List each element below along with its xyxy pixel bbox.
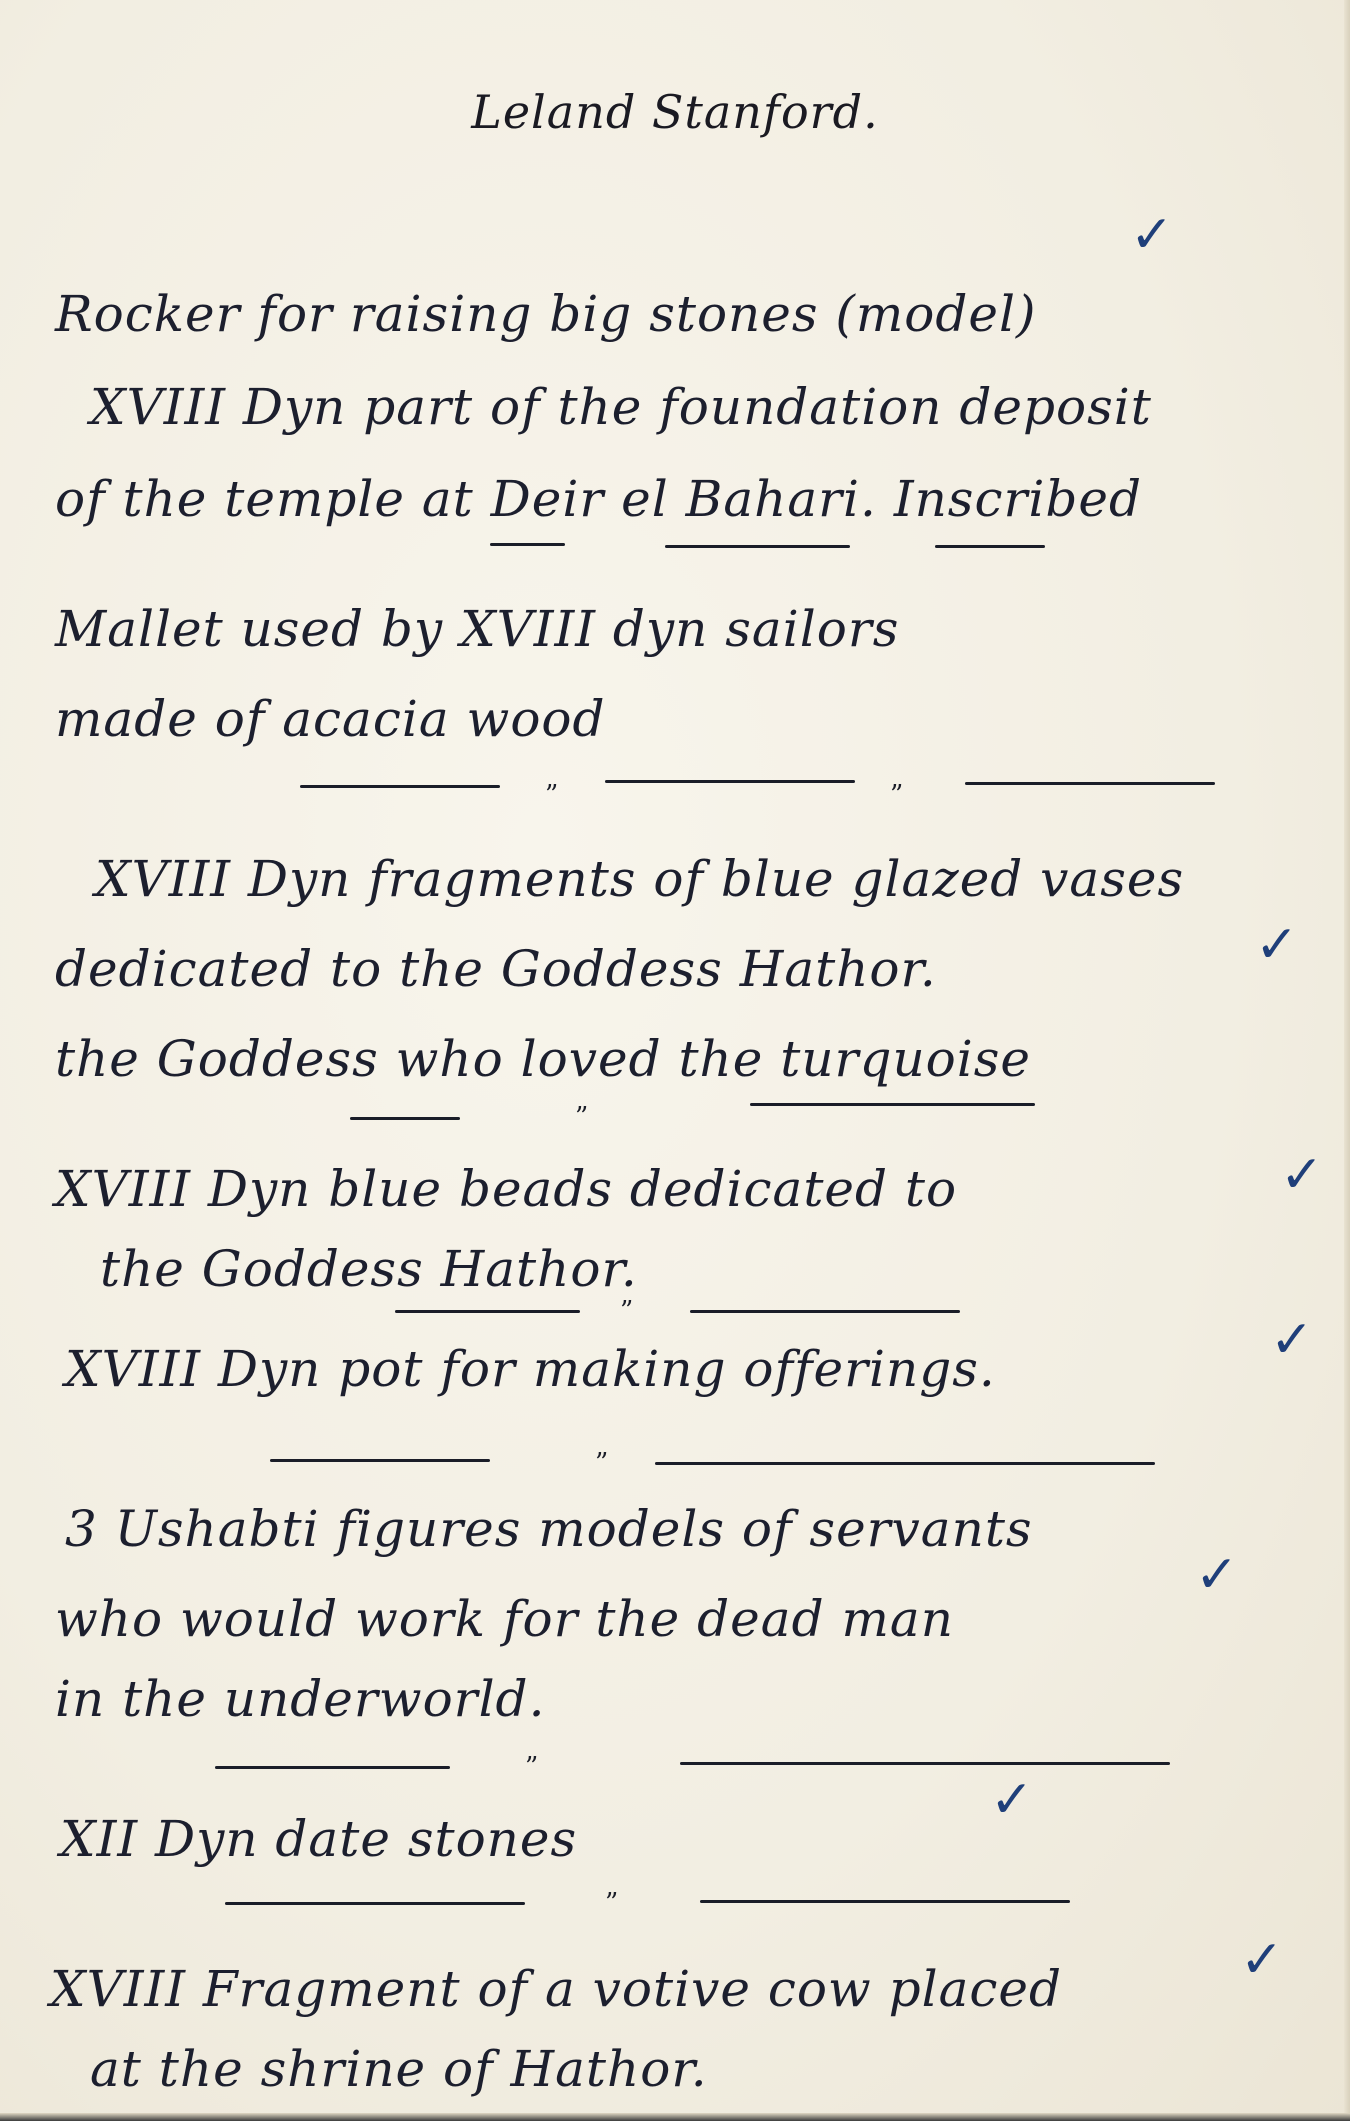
paper-edge-bottom xyxy=(0,2113,1350,2121)
separator-line xyxy=(490,543,565,546)
entry-2-line-1: Mallet used by XVIII dyn sailors xyxy=(55,600,1310,658)
separator-line xyxy=(700,1900,1070,1903)
ditto-mark: ” xyxy=(525,1752,538,1782)
check-mark-icon: ✓ xyxy=(1270,1310,1314,1370)
entry-3-line-1: XVIII Dyn fragments of blue glazed vases xyxy=(95,850,1310,908)
separator-line xyxy=(270,1459,490,1462)
entry-6-line-1: 3 Ushabti figures models of servants xyxy=(65,1500,1310,1558)
separator-line xyxy=(935,545,1045,548)
separator-line xyxy=(655,1462,1155,1465)
paper-edge-right xyxy=(1344,0,1350,2121)
separator-line xyxy=(605,780,855,783)
ditto-mark: ” xyxy=(545,780,558,810)
check-mark-icon: ✓ xyxy=(1240,1930,1284,1990)
separator-line xyxy=(225,1902,525,1905)
entry-8-line-1: XVIII Fragment of a votive cow placed xyxy=(50,1960,1310,2018)
entry-3-line-3: the Goddess who loved the turquoise xyxy=(55,1030,1310,1088)
ditto-mark: ” xyxy=(595,1448,608,1478)
entry-4-line-1: XVIII Dyn blue beads dedicated to xyxy=(55,1160,1310,1218)
entry-7-line-1: XII Dyn date stones xyxy=(60,1810,1310,1868)
entry-2-line-2: made of acacia wood xyxy=(55,690,1310,748)
entry-6-line-3: in the underworld. xyxy=(55,1670,1310,1728)
entry-8-line-2: at the shrine of Hathor. xyxy=(90,2040,1310,2098)
handwritten-page: Leland Stanford. Rocker for raising big … xyxy=(0,0,1350,2121)
entry-6-line-2: who would work for the dead man xyxy=(55,1590,1310,1648)
separator-line xyxy=(215,1766,450,1769)
ditto-mark: ” xyxy=(620,1296,633,1326)
entry-1-line-1: Rocker for raising big stones (model) xyxy=(55,285,1310,343)
entry-3-line-2: dedicated to the Goddess Hathor. xyxy=(55,940,1310,998)
separator-line xyxy=(680,1762,1170,1765)
check-mark-icon: ✓ xyxy=(1130,205,1174,265)
separator-line xyxy=(750,1103,1035,1106)
separator-line xyxy=(690,1310,960,1313)
entry-4-line-2: the Goddess Hathor. xyxy=(100,1240,1310,1298)
check-mark-icon: ✓ xyxy=(990,1770,1034,1830)
ditto-mark: ” xyxy=(575,1102,588,1132)
page-title: Leland Stanford. xyxy=(0,85,1350,139)
separator-line xyxy=(300,785,500,788)
check-mark-icon: ✓ xyxy=(1255,915,1299,975)
separator-line xyxy=(965,782,1215,785)
entry-5-line-1: XVIII Dyn pot for making offerings. xyxy=(65,1340,1310,1398)
ditto-mark: ” xyxy=(605,1888,618,1918)
entry-1-line-2: XVIII Dyn part of the foundation deposit xyxy=(90,378,1310,436)
ditto-mark: ” xyxy=(890,780,903,810)
separator-line xyxy=(665,545,850,548)
check-mark-icon: ✓ xyxy=(1280,1145,1324,1205)
separator-line xyxy=(395,1310,580,1313)
entry-1-line-3: of the temple at Deir el Bahari. Inscrib… xyxy=(55,470,1310,528)
separator-line xyxy=(350,1117,460,1120)
